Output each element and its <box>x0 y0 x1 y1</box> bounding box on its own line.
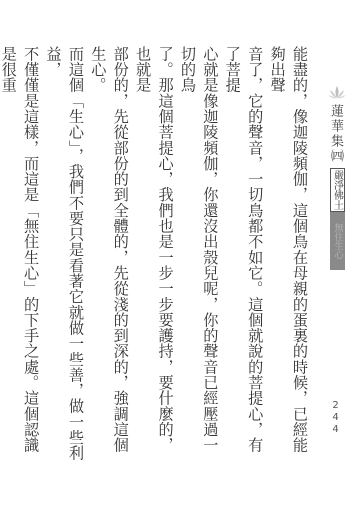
text-column: 了。那這個菩提心，我們也是一步一步要護持，要什麼的，也就是 <box>132 46 177 466</box>
text-column: 能盡的，像迦陵頻伽，這個鳥在母親的蛋裏的時候，已經能夠出聲 <box>266 46 311 466</box>
section-label: 無住生心 <box>330 212 345 270</box>
lotus-icon <box>327 84 347 100</box>
chapter-label: 嚴淨佛土 <box>330 168 345 212</box>
text-column: 不僅僅是這樣，而這是「無住生心」的下手之處。這個認識是很重 <box>0 46 42 466</box>
book-page: 蓮華集㈣ 嚴淨佛土 無住生心 244 能盡的，像迦陵頻伽，這個鳥在母親的蛋裏的時… <box>0 0 363 510</box>
text-column: 而這個「生心」，我們不要只是看著它就做一些善，做一些利益， <box>42 46 87 466</box>
body-text: 能盡的，像迦陵頻伽，這個鳥在母親的蛋裏的時候，已經能夠出聲 音了，它的聲音，一切… <box>0 46 311 466</box>
page-number: 244 <box>330 400 341 436</box>
text-column: 部份的，先從部份的到全體的，先從淺的到深的，強調這個生心。 <box>87 46 132 466</box>
book-title: 蓮華集㈣ <box>329 104 345 164</box>
text-column: 音了，它的聲音，一切鳥都不如它。這個就說的菩提心，有了菩提 <box>221 46 266 466</box>
text-column: 心就是像迦陵頻伽，你還沒出殼兒呢，你的聲音已經壓過一切的鳥 <box>177 46 222 466</box>
page-sidebar: 蓮華集㈣ 嚴淨佛土 無住生心 <box>326 84 348 270</box>
